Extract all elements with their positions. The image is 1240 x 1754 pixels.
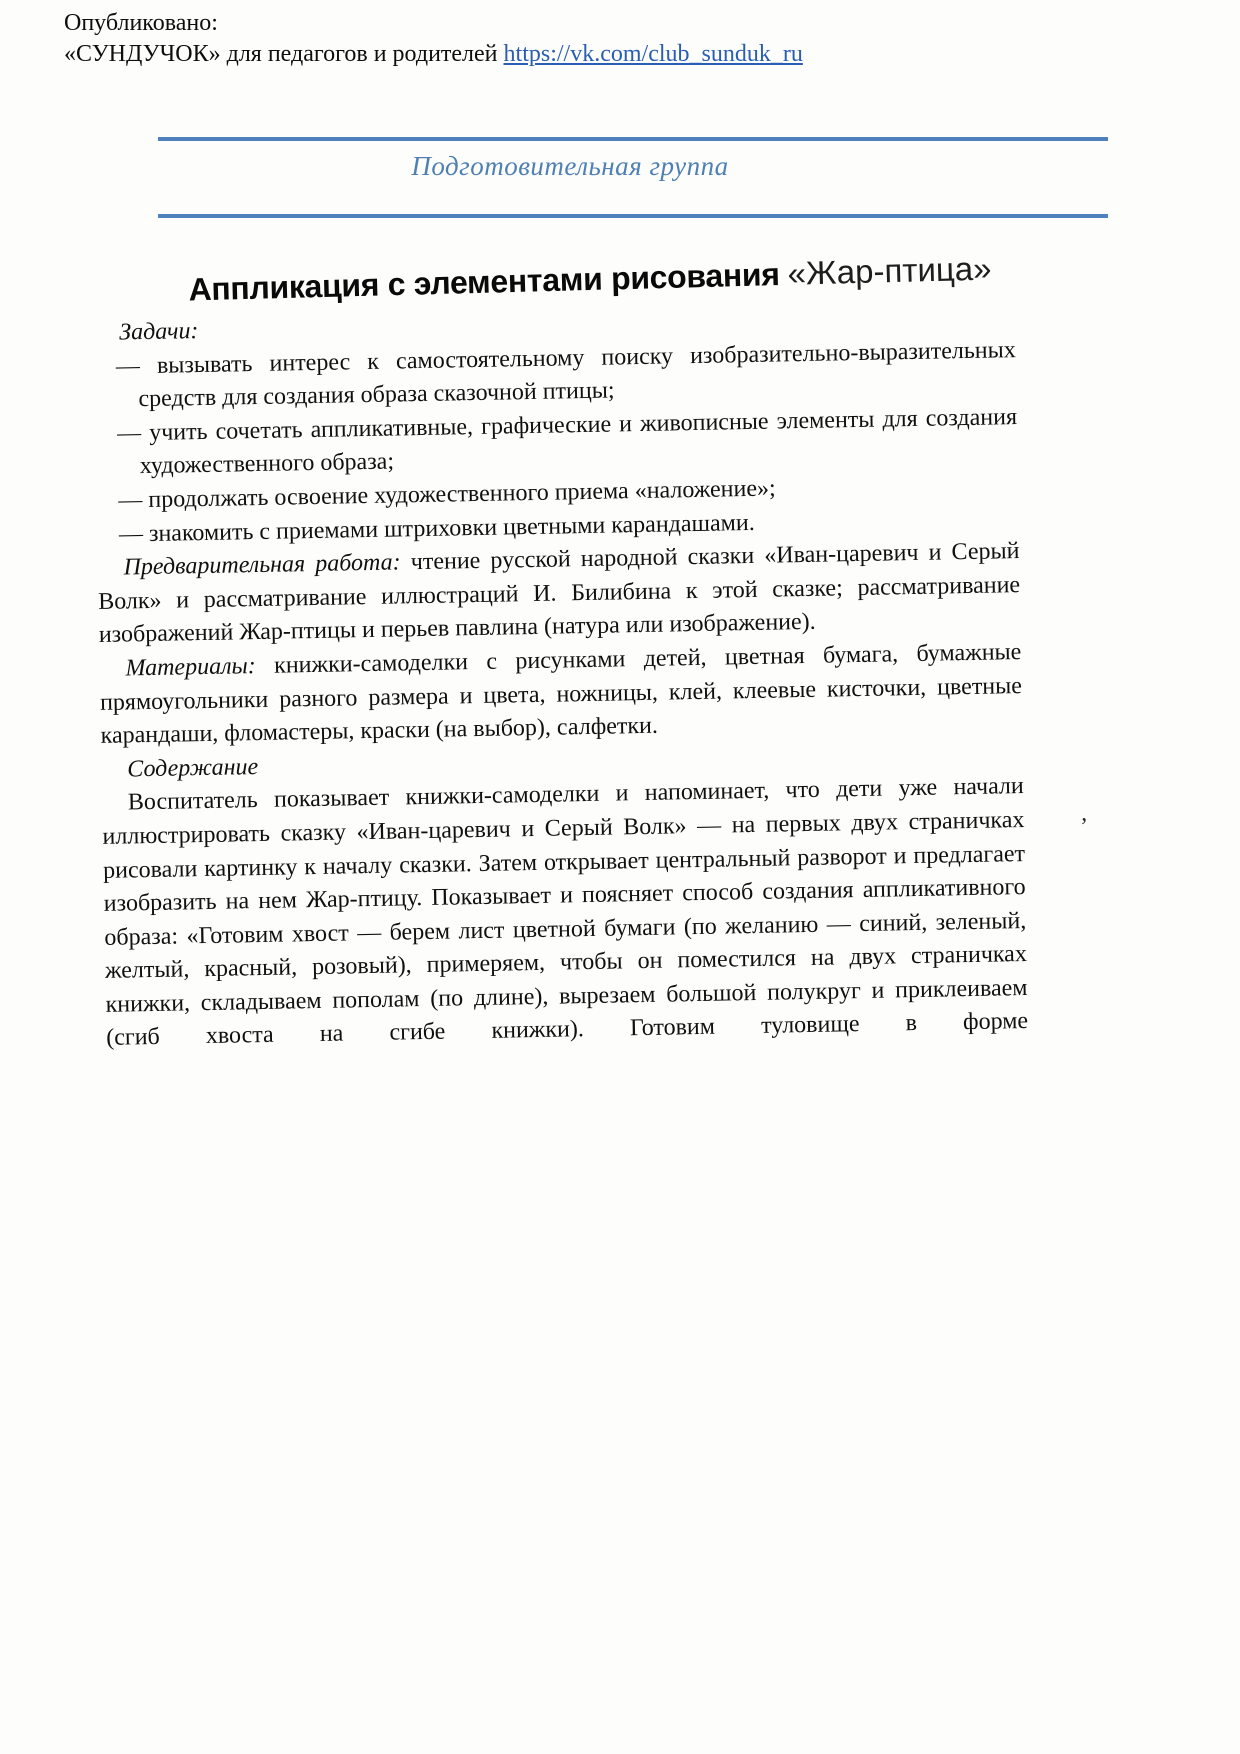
- top-divider: [158, 137, 1108, 141]
- document-page: Опубликовано: «СУНДУЧОК» для педагогов и…: [0, 0, 1240, 1754]
- content-paragraph: Воспитатель показывает книжки-самоделки …: [102, 770, 1029, 1056]
- lesson-content: Задачи: — вызывать интерес к самостоятел…: [93, 300, 1028, 1056]
- published-label: Опубликовано:: [64, 8, 803, 39]
- materials-paragraph: Материалы: книжки-самоделки с рисунками …: [99, 636, 1023, 754]
- published-line: «СУНДУЧОК» для педагогов и родителей htt…: [64, 39, 803, 70]
- tasks-label: Задачи:: [119, 318, 199, 345]
- page-title-suffix: «Жар-птица»: [787, 249, 992, 291]
- stray-mark: ’: [1080, 814, 1088, 841]
- prework-label: Предварительная работа:: [123, 550, 401, 581]
- vk-club-link[interactable]: https://vk.com/club_sunduk_ru: [504, 41, 803, 67]
- materials-label: Материалы:: [125, 653, 256, 681]
- content-label: Содержание: [127, 754, 258, 782]
- section-header: Подготовительная группа: [95, 151, 1045, 182]
- prework-paragraph: Предварительная работа: чтение русской н…: [97, 535, 1021, 653]
- published-block: Опубликовано: «СУНДУЧОК» для педагогов и…: [64, 8, 803, 70]
- page-title-main: Аппликация с элементами рисования: [188, 256, 780, 307]
- published-prefix: «СУНДУЧОК» для педагогов и родителей: [64, 41, 498, 67]
- bottom-divider: [158, 214, 1108, 218]
